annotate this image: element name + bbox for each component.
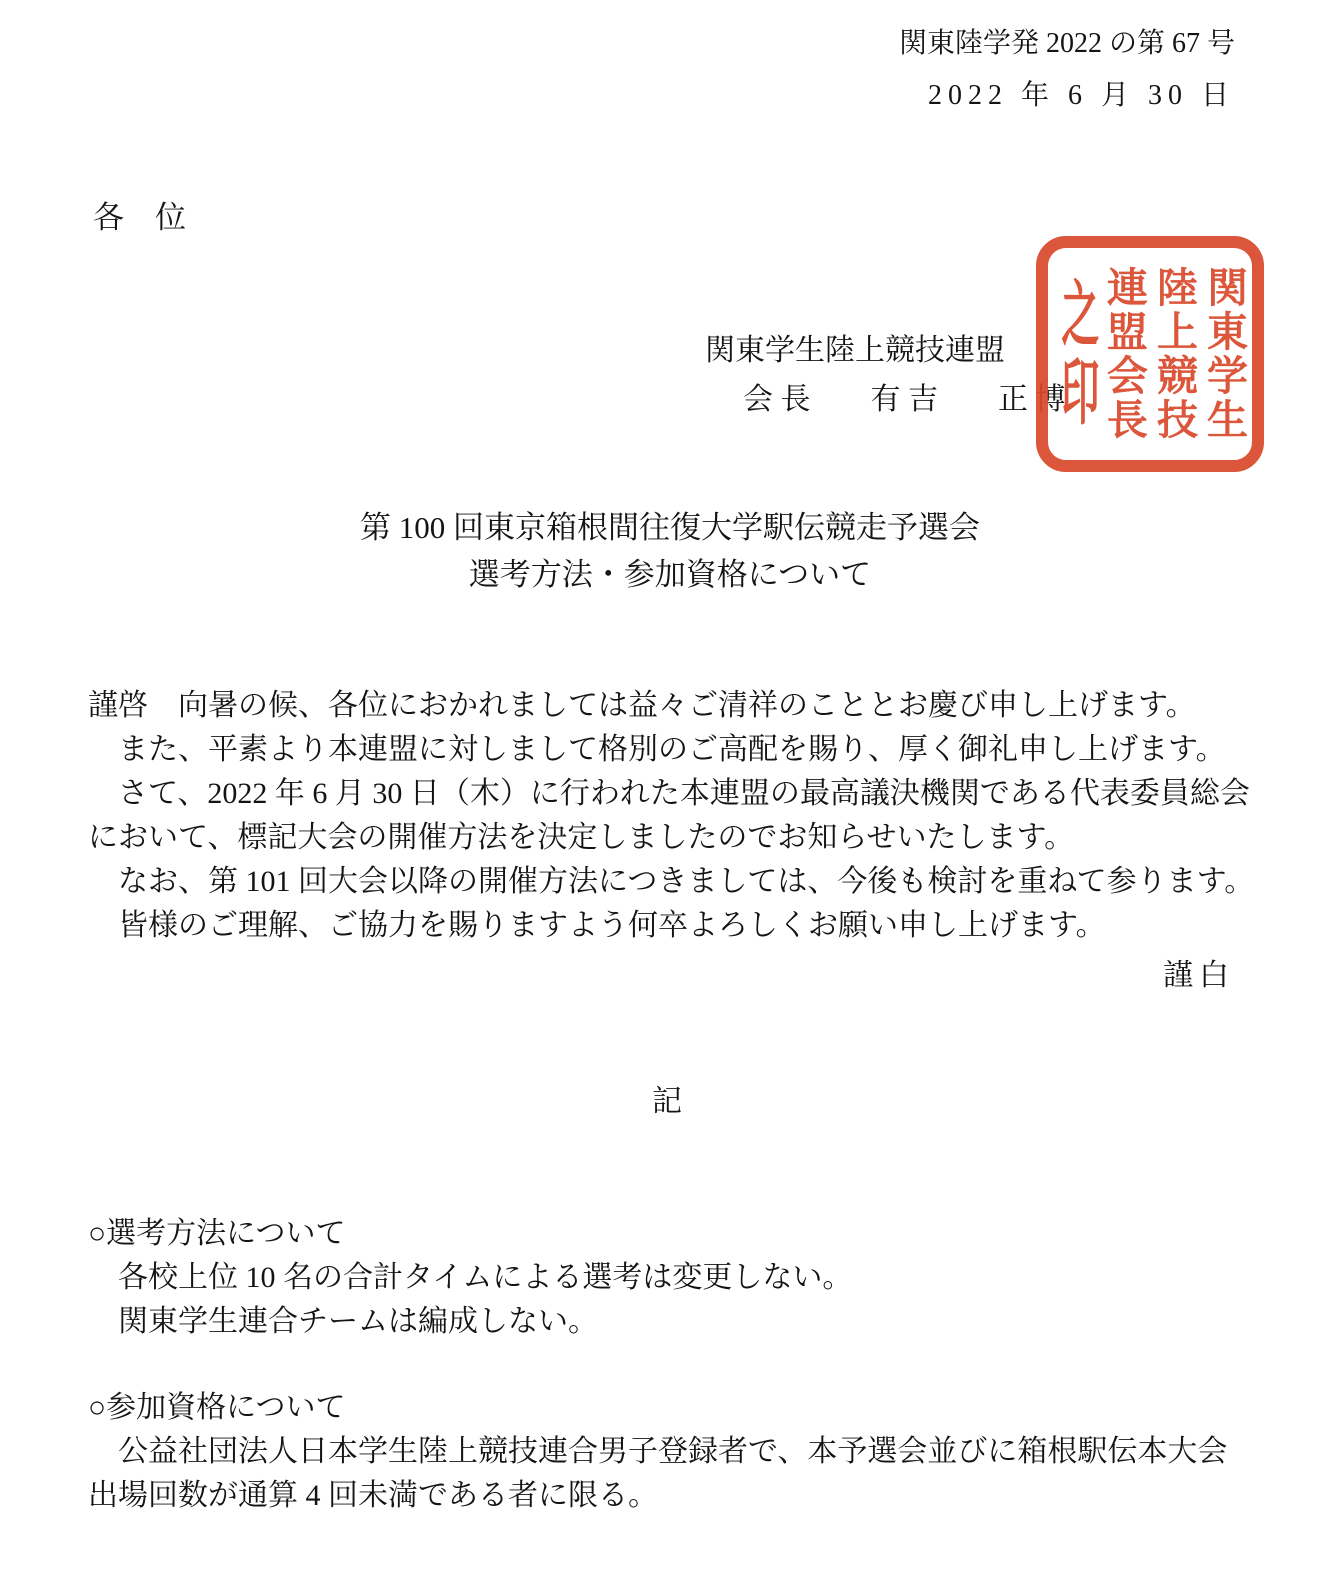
section-line: 公益社団法人日本学生陸上競技連合男子登録者で、本予選会並びに箱根駅伝本大会 [88, 1430, 1260, 1474]
section-eligibility: ○参加資格について 公益社団法人日本学生陸上競技連合男子登録者で、本予選会並びに… [88, 1386, 1260, 1518]
document-date: 2022 年 6 月 30 日 [899, 70, 1235, 122]
sender-block: 関東学生陸上競技連盟 会 長 有 吉 正 博 [705, 326, 1066, 424]
closing-salutation: 謹白 [1163, 950, 1235, 994]
document-page: 関東陸学発 2022 の第 67 号 2022 年 6 月 30 日 各 位 関… [0, 0, 1340, 1581]
document-title-line2: 選考方法・参加資格について [0, 551, 1340, 598]
seal-column-1: 関東学生 [1202, 266, 1245, 442]
seal-column-3: 連盟会長 [1102, 266, 1145, 442]
body-line: なお、第 101 回大会以降の開催方法につきましては、今後も検討を重ねて参ります… [88, 860, 1260, 904]
section-line: 各校上位 10 名の合計タイムによる選考は変更しない。 [88, 1256, 1260, 1300]
section-selection-method: ○選考方法について 各校上位 10 名の合計タイムによる選考は変更しない。 関東… [88, 1212, 1260, 1344]
recipient-line: 各 位 [93, 192, 186, 237]
sender-president: 会 長 有 吉 正 博 [743, 375, 1066, 424]
document-title: 第 100 回東京箱根間往復大学駅伝競走予選会 選考方法・参加資格について [0, 504, 1340, 598]
document-title-line1: 第 100 回東京箱根間往復大学駅伝競走予選会 [0, 504, 1340, 551]
letter-body: 謹啓 向暑の候、各位におかれましては益々ご清祥のこととお慶び申し上げます。 また… [88, 684, 1260, 948]
body-line: また、平素より本連盟に対しまして格別のご高配を賜り、厚く御礼申し上げます。 [88, 728, 1260, 772]
reference-number: 関東陸学発 2022 の第 67 号 [899, 18, 1235, 70]
section-line: 出場回数が通算 4 回未満である者に限る。 [88, 1474, 1260, 1518]
section-heading: ○選考方法について [88, 1212, 1260, 1256]
body-line: 皆様のご理解、ご協力を賜りますよう何卒よろしくお願い申し上げます。 [88, 904, 1260, 948]
body-line: において、標記大会の開催方法を決定しましたのでお知らせいたします。 [88, 816, 1260, 860]
seal-column-4: 之印 [1055, 276, 1095, 432]
official-red-seal: 関東学生 陸上競技 連盟会長 之印 [1036, 236, 1264, 472]
section-line: 関東学生連合チームは編成しない。 [88, 1300, 1260, 1344]
seal-column-2: 陸上競技 [1152, 266, 1195, 442]
document-header: 関東陸学発 2022 の第 67 号 2022 年 6 月 30 日 [899, 18, 1235, 122]
body-line: さて、2022 年 6 月 30 日（木）に行われた本連盟の最高議決機関である代… [88, 772, 1260, 816]
body-line: 謹啓 向暑の候、各位におかれましては益々ご清祥のこととお慶び申し上げます。 [88, 684, 1260, 728]
notice-heading: 記 [0, 1076, 1340, 1120]
section-heading: ○参加資格について [88, 1386, 1260, 1430]
sender-organization: 関東学生陸上競技連盟 [705, 326, 1066, 375]
